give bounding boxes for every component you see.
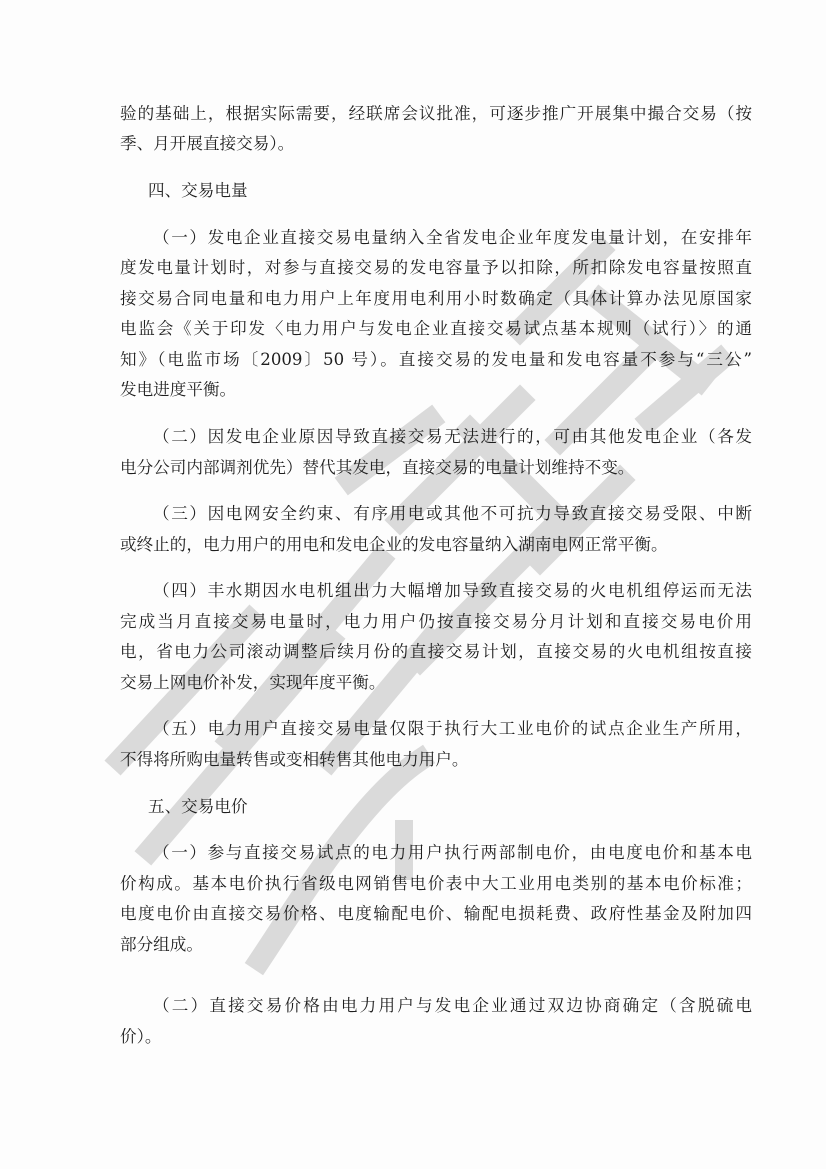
text-line: 价）。	[120, 1027, 752, 1047]
text-line: 发电进度平衡。	[120, 380, 752, 400]
text-line: 完成当月直接交易电量时，电力用户仍按直接交易分月计划和直接交易电价用	[120, 612, 752, 632]
text-line: （二）因发电企业原因导致直接交易无法进行的，可由其他发电企业（各发	[153, 427, 752, 447]
text-line: 价构成。基本电价执行省级电网销售电价表中大工业用电类别的基本电价标准；	[120, 874, 752, 894]
text-line: 不得将所购电量转售或变相转售其他电力用户。	[120, 750, 752, 770]
text-line: 电，省电力公司滚动调整后续月份的直接交易计划，直接交易的火电机组按直接	[120, 642, 752, 662]
text-line: 知》（电监市场〔2009〕50 号）。直接交易的发电量和发电容量不参与“三公”	[120, 350, 752, 370]
text-line: （二）直接交易价格由电力用户与发电企业通过双边协商确定（含脱硫电	[153, 996, 752, 1016]
text-line: 季、月开展直接交易）。	[120, 134, 752, 154]
text-line: 度发电量计划时，对参与直接交易的发电容量予以扣除，所扣除发电容量按照直	[120, 258, 752, 278]
document-page: 验的基础上，根据实际需要，经联席会议批准，可逐步推广开展集中撮合交易（按季、月开…	[0, 0, 826, 1169]
text-line: 或终止的，电力用户的用电和发电企业的发电容量纳入湖南电网正常平衡。	[120, 535, 752, 555]
text-line: 验的基础上，根据实际需要，经联席会议批准，可逐步推广开展集中撮合交易（按	[120, 104, 752, 124]
text-line: （三）因电网安全约束、有序用电或其他不可抗力导致直接交易受限、中断	[153, 504, 752, 524]
section-heading: 四、交易电量	[148, 181, 780, 201]
text-line: 接交易合同电量和电力用户上年度用电利用小时数确定（具体计算办法见原国家	[120, 289, 752, 309]
text-line: （一）发电企业直接交易电量纳入全省发电企业年度发电量计划，在安排年	[153, 228, 752, 248]
text-line: 电分公司内部调剂优先）替代其发电，直接交易的电量计划维持不变。	[120, 458, 752, 478]
text-line: （五）电力用户直接交易电量仅限于执行大工业电价的试点企业生产所用，	[153, 719, 752, 739]
text-line: 部分组成。	[120, 935, 752, 955]
text-line: 交易上网电价补发，实现年度平衡。	[120, 673, 752, 693]
text-line: 电监会《关于印发〈电力用户与发电企业直接交易试点基本规则（试行）〉的通	[120, 319, 752, 339]
text-line: 电度电价由直接交易价格、电度输配电价、输配电损耗费、政府性基金及附加四	[120, 904, 752, 924]
text-line: （四）丰水期因水电机组出力大幅增加导致直接交易的火电机组停运而无法	[153, 581, 752, 601]
text-line: （一）参与直接交易试点的电力用户执行两部制电价，由电度电价和基本电	[153, 843, 752, 863]
section-heading: 五、交易电价	[148, 797, 780, 817]
